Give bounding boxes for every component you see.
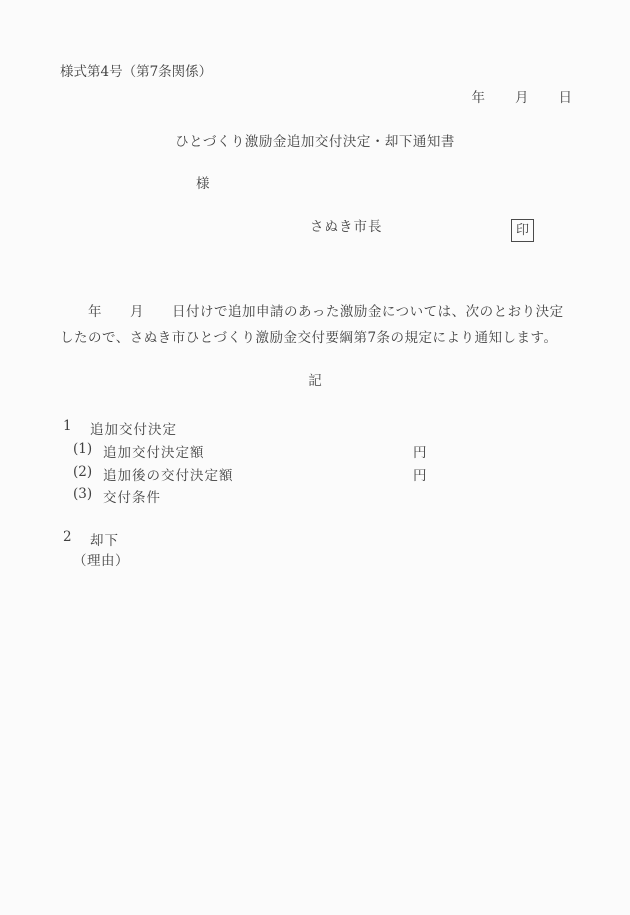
item-1-unit-yen: 円 [413, 441, 427, 461]
section-1-number: 1 [63, 418, 72, 434]
item-3-number: (3) [73, 486, 92, 502]
document-title: ひとづくり激励金追加交付決定・却下通知書 [0, 134, 630, 150]
item-total-grant-amount: (2) 追加後の交付決定額 円 [73, 464, 630, 481]
form-number: 様式第4号（第7条関係） [60, 64, 212, 80]
item-additional-grant-amount: (1) 追加交付決定額 円 [73, 441, 630, 458]
section-2-heading: 2 却下 [63, 529, 630, 546]
item-grant-conditions: (3) 交付条件 [73, 486, 630, 503]
date-line: 年 月 日 [60, 90, 573, 106]
document-page: 様式第4号（第7条関係） 年 月 日 ひとづくり激励金追加交付決定・却下通知書 … [0, 0, 630, 915]
addressee-honorific: 様 [196, 176, 210, 192]
item-3-label: 交付条件 [103, 486, 161, 506]
rejection-reason-label: （理由） [73, 549, 630, 566]
body-paragraph: 年 月 日付けで追加申請のあった激励金については、次のとおり決定 したので、さぬ… [60, 299, 576, 351]
issuer-name: さぬき市長 [310, 219, 383, 235]
record-marker: 記 [0, 373, 630, 389]
item-1-number: (1) [73, 441, 92, 457]
section-2-title: 却下 [90, 529, 119, 549]
item-2-number: (2) [73, 464, 92, 480]
seal-placeholder-box: 印 [511, 219, 534, 242]
seal-character: 印 [516, 223, 529, 238]
item-2-unit-yen: 円 [413, 464, 427, 484]
item-2-label: 追加後の交付決定額 [103, 464, 234, 484]
item-1-label: 追加交付決定額 [103, 441, 205, 461]
section-2-number: 2 [63, 529, 72, 545]
reason-label-text: （理由） [73, 549, 129, 569]
section-1-heading: 1 追加交付決定 [63, 418, 630, 435]
section-1-title: 追加交付決定 [90, 418, 177, 438]
